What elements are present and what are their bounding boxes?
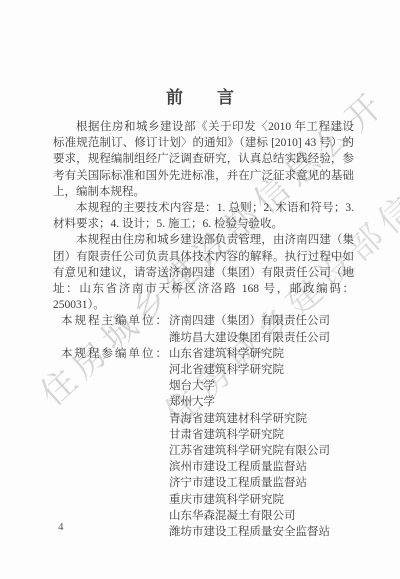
page-title: 前 言 bbox=[0, 83, 400, 108]
participating-org: 甘肃省建筑科学研究院 bbox=[169, 427, 354, 443]
participating-org: 济宁市建设工程质量监督站 bbox=[169, 475, 354, 491]
page-number: 4 bbox=[58, 521, 64, 533]
chief-editor-section: 本规程主编单位： 济南四建（集团）有限责任公司潍坊昌大建设集团有限责任公司 bbox=[53, 313, 354, 345]
participating-org: 重庆市建筑科学研究院 bbox=[169, 492, 354, 508]
document-page: 住房城乡建设部信息公开 住房城乡建设部信息公开 前 言 根据住房和城乡建设部《关… bbox=[0, 0, 400, 579]
participating-section: 本规程参编单位： 山东省建筑科学研究院河北省建筑科学研究院烟台大学郑州大学青海省… bbox=[53, 346, 354, 540]
chief-editor-org-list: 济南四建（集团）有限责任公司潍坊昌大建设集团有限责任公司 bbox=[169, 313, 354, 345]
participating-org: 山东省建筑科学研究院 bbox=[169, 346, 354, 362]
participating-org: 河北省建筑科学研究院 bbox=[169, 362, 354, 378]
participating-label: 本规程参编单位： bbox=[53, 346, 169, 362]
chief-editor-org: 济南四建（集团）有限责任公司 bbox=[169, 313, 354, 329]
participating-org-list: 山东省建筑科学研究院河北省建筑科学研究院烟台大学郑州大学青海省建筑建材科学研究院… bbox=[169, 346, 354, 540]
paragraph-management: 本规程由住房和城乡建设部负责管理，由济南四建（集团）有限责任公司负责具体技术内容… bbox=[53, 232, 354, 313]
paragraph-contents: 本规程的主要技术内容是：1. 总则；2. 术语和符号；3. 材料要求；4. 设计… bbox=[53, 200, 354, 232]
chief-editor-org: 潍坊昌大建设集团有限责任公司 bbox=[169, 330, 354, 346]
participating-org: 潍坊市建设工程质量安全监督站 bbox=[169, 524, 354, 540]
participating-org: 江苏省建筑科学研究院有限公司 bbox=[169, 443, 354, 459]
chief-editor-label: 本规程主编单位： bbox=[53, 313, 169, 329]
participating-org: 山东华森混凝土有限公司 bbox=[169, 508, 354, 524]
participating-org: 烟台大学 bbox=[169, 378, 354, 394]
participating-org: 青海省建筑建材科学研究院 bbox=[169, 411, 354, 427]
participating-org: 滨州市建设工程质量监督站 bbox=[169, 459, 354, 475]
participating-org: 郑州大学 bbox=[169, 394, 354, 410]
paragraph-basis: 根据住房和城乡建设部《关于印发〈2010 年工程建设标准规范制订、修订计划〉的通… bbox=[53, 119, 354, 200]
document-body: 根据住房和城乡建设部《关于印发〈2010 年工程建设标准规范制订、修订计划〉的通… bbox=[53, 119, 354, 540]
